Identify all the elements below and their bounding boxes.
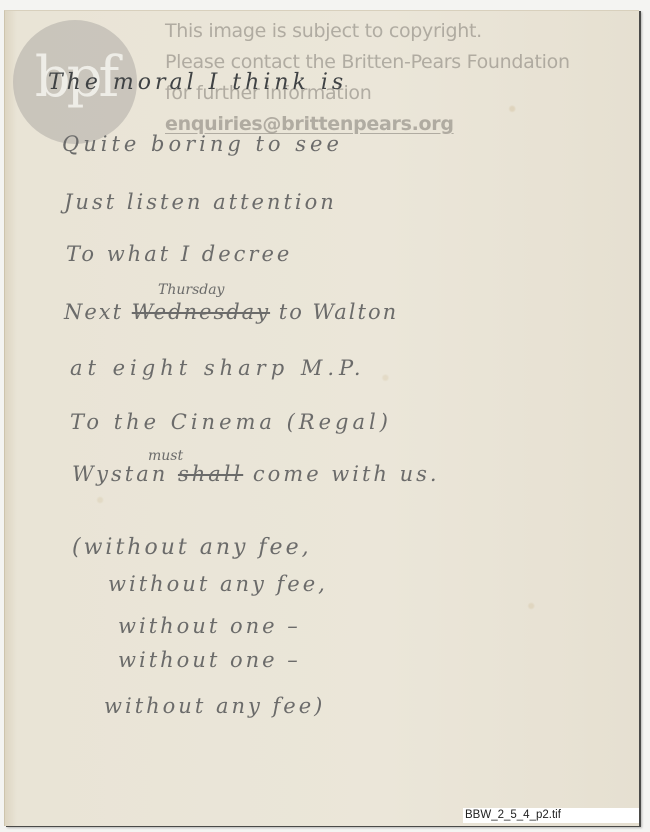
manuscript-line-11: without one –	[118, 614, 301, 638]
manuscript-line-5: Next Wednesday to Walton	[64, 300, 398, 324]
line-5-prefix: Next	[64, 300, 132, 324]
manuscript-line-9: (without any fee,	[72, 535, 312, 560]
filename-label: BBW_2_5_4_p2.tif	[463, 808, 639, 823]
manuscript-line-4: To what I decree	[66, 242, 292, 266]
line-5-suffix: to Walton	[270, 300, 398, 324]
struck-word-shall: shall	[178, 462, 243, 486]
manuscript-line-12: without one –	[118, 648, 301, 672]
line-8-prefix: Wystan	[72, 462, 178, 486]
manuscript-line-10: without any fee,	[108, 572, 328, 596]
manuscript-line-7: To the Cinema (Regal)	[70, 410, 392, 434]
manuscript-line-6: at eight sharp M.P.	[70, 356, 366, 380]
manuscript-line-13: without any fee)	[104, 694, 325, 718]
watermark-line-copyright: This image is subject to copyright.	[165, 16, 570, 47]
manuscript-line-3: Just listen attention	[64, 190, 337, 214]
manuscript-insertion-thursday: Thursday	[158, 282, 224, 298]
manuscript-line-1: The moral I think is	[48, 70, 347, 95]
manuscript-line-2: Quite boring to see	[62, 132, 343, 156]
struck-word-wednesday: Wednesday	[132, 300, 270, 324]
manuscript-line-8: Wystan shall come with us.	[72, 462, 440, 486]
line-8-suffix: come with us.	[243, 462, 439, 486]
